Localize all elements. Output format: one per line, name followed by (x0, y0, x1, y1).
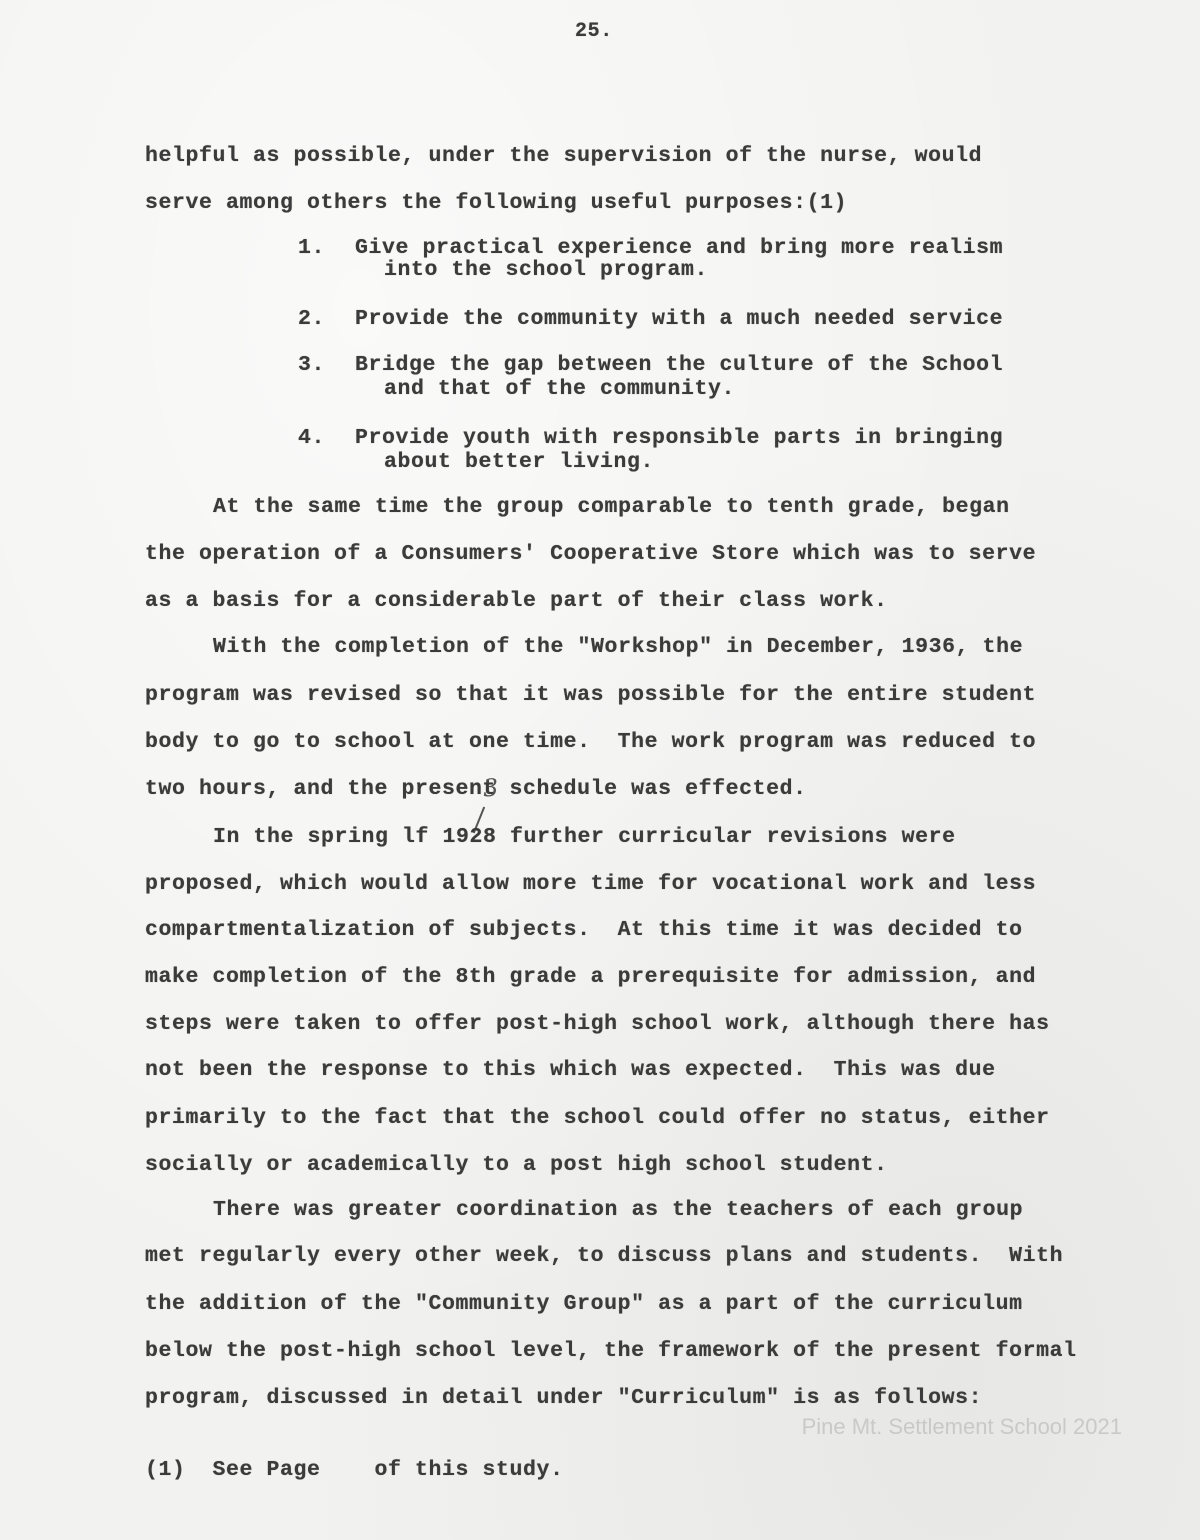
paragraph-line: not been the response to this which was … (145, 1060, 996, 1082)
list-item-text: Bridge the gap between the culture of th… (355, 355, 1003, 377)
list-item-number: 2. (298, 309, 325, 331)
paragraph-line: body to go to school at one time. The wo… (145, 732, 1036, 754)
paragraph-line: two hours, and the present schedule was … (145, 779, 807, 801)
paragraph-line: program was revised so that it was possi… (145, 685, 1036, 707)
intro-line: serve among others the following useful … (145, 193, 847, 215)
list-item-number: 1. (298, 238, 325, 260)
intro-line: helpful as possible, under the supervisi… (145, 146, 982, 168)
list-item-text: about better living. (384, 452, 654, 474)
paragraph-line: There was greater coordination as the te… (213, 1200, 1023, 1222)
paragraph-line: With the completion of the "Workshop" in… (213, 637, 1023, 659)
paragraph-line: the operation of a Consumers' Cooperativ… (145, 544, 1036, 566)
paragraph-line: met regularly every other week, to discu… (145, 1246, 1063, 1268)
paragraph-line: program, discussed in detail under "Curr… (145, 1388, 982, 1410)
paragraph-line: At the same time the group comparable to… (213, 497, 1010, 519)
paragraph-line: proposed, which would allow more time fo… (145, 874, 1036, 896)
list-item-text: and that of the community. (384, 379, 735, 401)
list-item-text: Provide youth with responsible parts in … (355, 428, 1003, 450)
handwritten-correction: 3 (482, 774, 499, 803)
list-item-text: into the school program. (384, 260, 708, 282)
paragraph-line: the addition of the "Community Group" as… (145, 1294, 1023, 1316)
paragraph-line: make completion of the 8th grade a prere… (145, 967, 1036, 989)
list-item-number: 3. (298, 355, 325, 377)
paragraph-line: below the post-high school level, the fr… (145, 1341, 1077, 1363)
footnote: (1) See Page of this study. (145, 1460, 564, 1482)
document-page: 25. helpful as possible, under the super… (0, 0, 1200, 1540)
watermark: Pine Mt. Settlement School 2021 (802, 1414, 1122, 1440)
paragraph-line: primarily to the fact that the school co… (145, 1108, 1050, 1130)
paragraph-line: socially or academically to a post high … (145, 1155, 888, 1177)
list-item-text: Provide the community with a much needed… (355, 309, 1003, 331)
list-item-text: Give practical experience and bring more… (355, 238, 1003, 260)
paragraph-line: steps were taken to offer post-high scho… (145, 1014, 1050, 1036)
paragraph-line: compartmentalization of subjects. At thi… (145, 920, 1023, 942)
page-number: 25. (575, 22, 613, 42)
list-item-number: 4. (298, 428, 325, 450)
paragraph-line: In the spring lf 1928 further curricular… (213, 827, 956, 849)
paragraph-line: as a basis for a considerable part of th… (145, 591, 888, 613)
